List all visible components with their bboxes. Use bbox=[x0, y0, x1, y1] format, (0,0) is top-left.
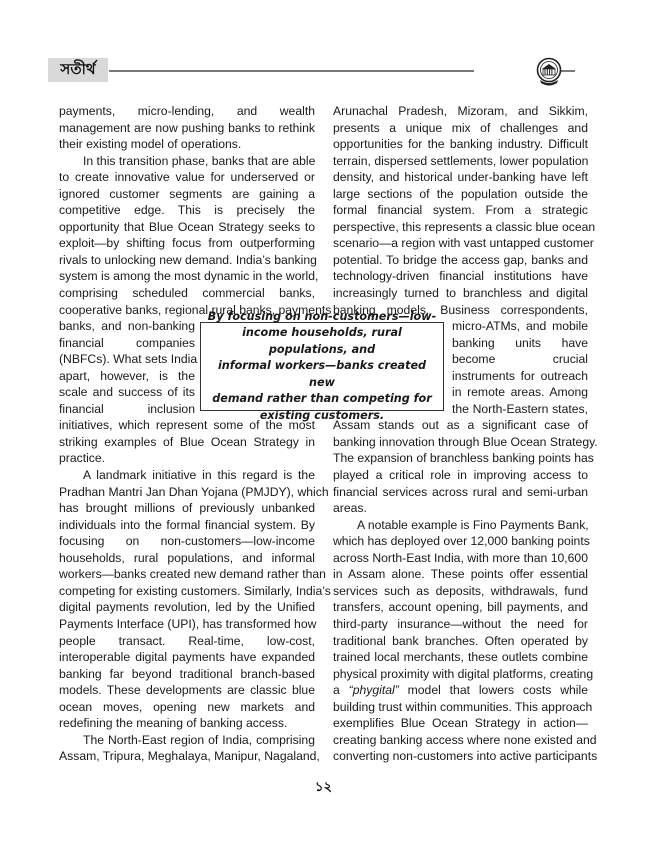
text-line: third-party insurance—without the need f… bbox=[333, 616, 588, 633]
pull-quote-line: informal workers—banks created new bbox=[204, 358, 440, 391]
text-line: areas. bbox=[333, 500, 588, 517]
institution-seal-icon bbox=[536, 57, 562, 87]
text-line: the North-Eastern states, bbox=[452, 401, 588, 418]
text-line: scale and success of its bbox=[59, 384, 195, 401]
text-fragment: model that lowers costs while bbox=[408, 683, 588, 697]
text-line: scenario—a region with vast untapped cus… bbox=[333, 235, 588, 252]
pull-quote-line: income households, rural populations, an… bbox=[204, 325, 440, 358]
text-line: formal financial system. From a strategi… bbox=[333, 202, 588, 219]
journal-title-tab: সতীৰ্থ bbox=[48, 58, 108, 82]
text-line: A notable example is Fino Payments Bank, bbox=[333, 517, 588, 534]
text-line: increasingly turned to branchless and di… bbox=[333, 285, 588, 302]
header-rule-right bbox=[560, 70, 575, 72]
text-line: striking examples of Blue Ocean Strategy… bbox=[59, 434, 315, 451]
text-line: transfers, account opening, bill payment… bbox=[333, 599, 588, 616]
text-line: In this transition phase, banks that are… bbox=[59, 153, 315, 170]
text-line: management are now pushing banks to reth… bbox=[59, 120, 315, 137]
text-line: creating banking access where none exist… bbox=[333, 732, 588, 749]
pull-quote-line: existing customers. bbox=[204, 408, 440, 424]
text-line: banking far beyond traditional branch-ba… bbox=[59, 666, 315, 683]
text-line: opportunities for the banking industry. … bbox=[333, 136, 588, 153]
text-line: system is among the most dynamic in the … bbox=[59, 268, 315, 285]
text-line: The expansion of branchless banking poin… bbox=[333, 450, 588, 467]
text-line: terrain, dispersed settlements, lower po… bbox=[333, 153, 588, 170]
text-line: competing for existing customers. Simila… bbox=[59, 583, 315, 600]
text-line: financial services across rural and semi… bbox=[333, 484, 588, 501]
right-column: Arunachal Pradesh, Mizoram, and Sikkim, … bbox=[333, 103, 588, 765]
text-line: in Assam alone. These points offer essen… bbox=[333, 566, 588, 583]
pull-quote-box: By focusing on non-customers—low- income… bbox=[200, 322, 444, 411]
text-line: Assam, Tripura, Meghalaya, Manipur, Naga… bbox=[59, 748, 315, 765]
text-line: (NBFCs). What sets India bbox=[59, 351, 195, 368]
text-line: exemplifies Blue Ocean Strategy in actio… bbox=[333, 715, 588, 732]
left-column: payments, micro-lending, and wealth mana… bbox=[59, 103, 315, 765]
text-line: banking innovation through Blue Ocean St… bbox=[333, 434, 588, 451]
text-line: models. These developments are classic b… bbox=[59, 682, 315, 699]
header-rule bbox=[109, 70, 474, 72]
text-line: apart, however, is the bbox=[59, 368, 195, 385]
text-line: perspective, this represents a classic b… bbox=[333, 219, 588, 236]
journal-title: সতীৰ্থ bbox=[60, 58, 95, 83]
text-line: comprising scheduled commercial banks, bbox=[59, 285, 315, 302]
text-line: played a critical role in improving acce… bbox=[333, 467, 588, 484]
text-line: micro-ATMs, and mobile bbox=[452, 318, 588, 335]
text-line: converting non-customers into active par… bbox=[333, 748, 588, 765]
text-line: traditional bank branches. Often operate… bbox=[333, 633, 588, 650]
text-line: redefining the meaning of banking access… bbox=[59, 715, 315, 732]
text-line: payments, micro-lending, and wealth bbox=[59, 103, 315, 120]
pull-quote-line: demand rather than competing for bbox=[204, 391, 440, 407]
text-line: banks, and non-banking bbox=[59, 318, 195, 335]
page-number: ১২ bbox=[0, 778, 647, 799]
text-line: practice. bbox=[59, 450, 315, 467]
text-line: their existing model of operations. bbox=[59, 136, 315, 153]
text-line: a “phygital” model that lowers costs whi… bbox=[333, 682, 588, 699]
text-line: which has deployed over 12,000 banking p… bbox=[333, 533, 588, 550]
text-line: has brought millions of previously unban… bbox=[59, 500, 315, 517]
text-line: opportunity that Blue Ocean Strategy see… bbox=[59, 219, 315, 236]
text-line: individuals into the formal financial sy… bbox=[59, 517, 315, 534]
text-line: technology-driven financial institutions… bbox=[333, 268, 588, 285]
text-line: Payments Interface (UPI), has transforme… bbox=[59, 616, 315, 633]
text-line: The North-East region of India, comprisi… bbox=[59, 732, 315, 749]
text-line: large sections of the population outside… bbox=[333, 186, 588, 203]
text-line: competitive edge. This is precisely the bbox=[59, 202, 315, 219]
text-line: potential. To bridge the access gap, ban… bbox=[333, 252, 588, 269]
text-line: Pradhan Mantri Jan Dhan Yojana (PMJDY), … bbox=[59, 484, 315, 501]
text-line: instruments for outreach bbox=[452, 368, 588, 385]
text-line: banking units have bbox=[452, 335, 588, 352]
pull-quote-text: By focusing on non-customers—low- income… bbox=[204, 309, 440, 424]
text-line: services such as deposits, withdrawals, … bbox=[333, 583, 588, 600]
text-line: ocean moves, opening new markets and bbox=[59, 699, 315, 716]
text-line: interoperable digital payments have expa… bbox=[59, 649, 315, 666]
text-line: rivals to unlocking new demand. India’s … bbox=[59, 252, 315, 269]
text-line: digital payments revolution, led by the … bbox=[59, 599, 315, 616]
text-line: in remote areas. Among bbox=[452, 384, 588, 401]
text-line: across North-East India, with more than … bbox=[333, 550, 588, 567]
text-line: ignored customer segments are gaining a bbox=[59, 186, 315, 203]
text-line: financial inclusion bbox=[59, 401, 195, 418]
text-line: physical proximity with digital platform… bbox=[333, 666, 588, 683]
text-line: Arunachal Pradesh, Mizoram, and Sikkim, bbox=[333, 103, 588, 120]
text-line: become crucial bbox=[452, 351, 588, 368]
text-line: A landmark initiative in this regard is … bbox=[59, 467, 315, 484]
text-line: focusing on non-customers—low-income bbox=[59, 533, 315, 550]
text-fragment: a bbox=[333, 683, 349, 697]
text-line: presents a unique mix of challenges and bbox=[333, 120, 588, 137]
text-line: exploit—by shifting focus from outperfor… bbox=[59, 235, 315, 252]
text-line: households, rural populations, and infor… bbox=[59, 550, 315, 567]
text-line: workers—banks created new demand rather … bbox=[59, 566, 315, 583]
text-line: financial companies bbox=[59, 335, 195, 352]
text-line: people transact. Real-time, low-cost, bbox=[59, 633, 315, 650]
text-line: trained local merchants, these outlets c… bbox=[333, 649, 588, 666]
pull-quote-line: By focusing on non-customers—low- bbox=[204, 309, 440, 325]
text-line: density, and historical under-banking ha… bbox=[333, 169, 588, 186]
text-line: to create innovative value for underserv… bbox=[59, 169, 315, 186]
phygital-term: “phygital” bbox=[349, 683, 399, 697]
text-line: building trust within communities. This … bbox=[333, 699, 588, 716]
page-header: সতীৰ্থ bbox=[0, 0, 647, 100]
